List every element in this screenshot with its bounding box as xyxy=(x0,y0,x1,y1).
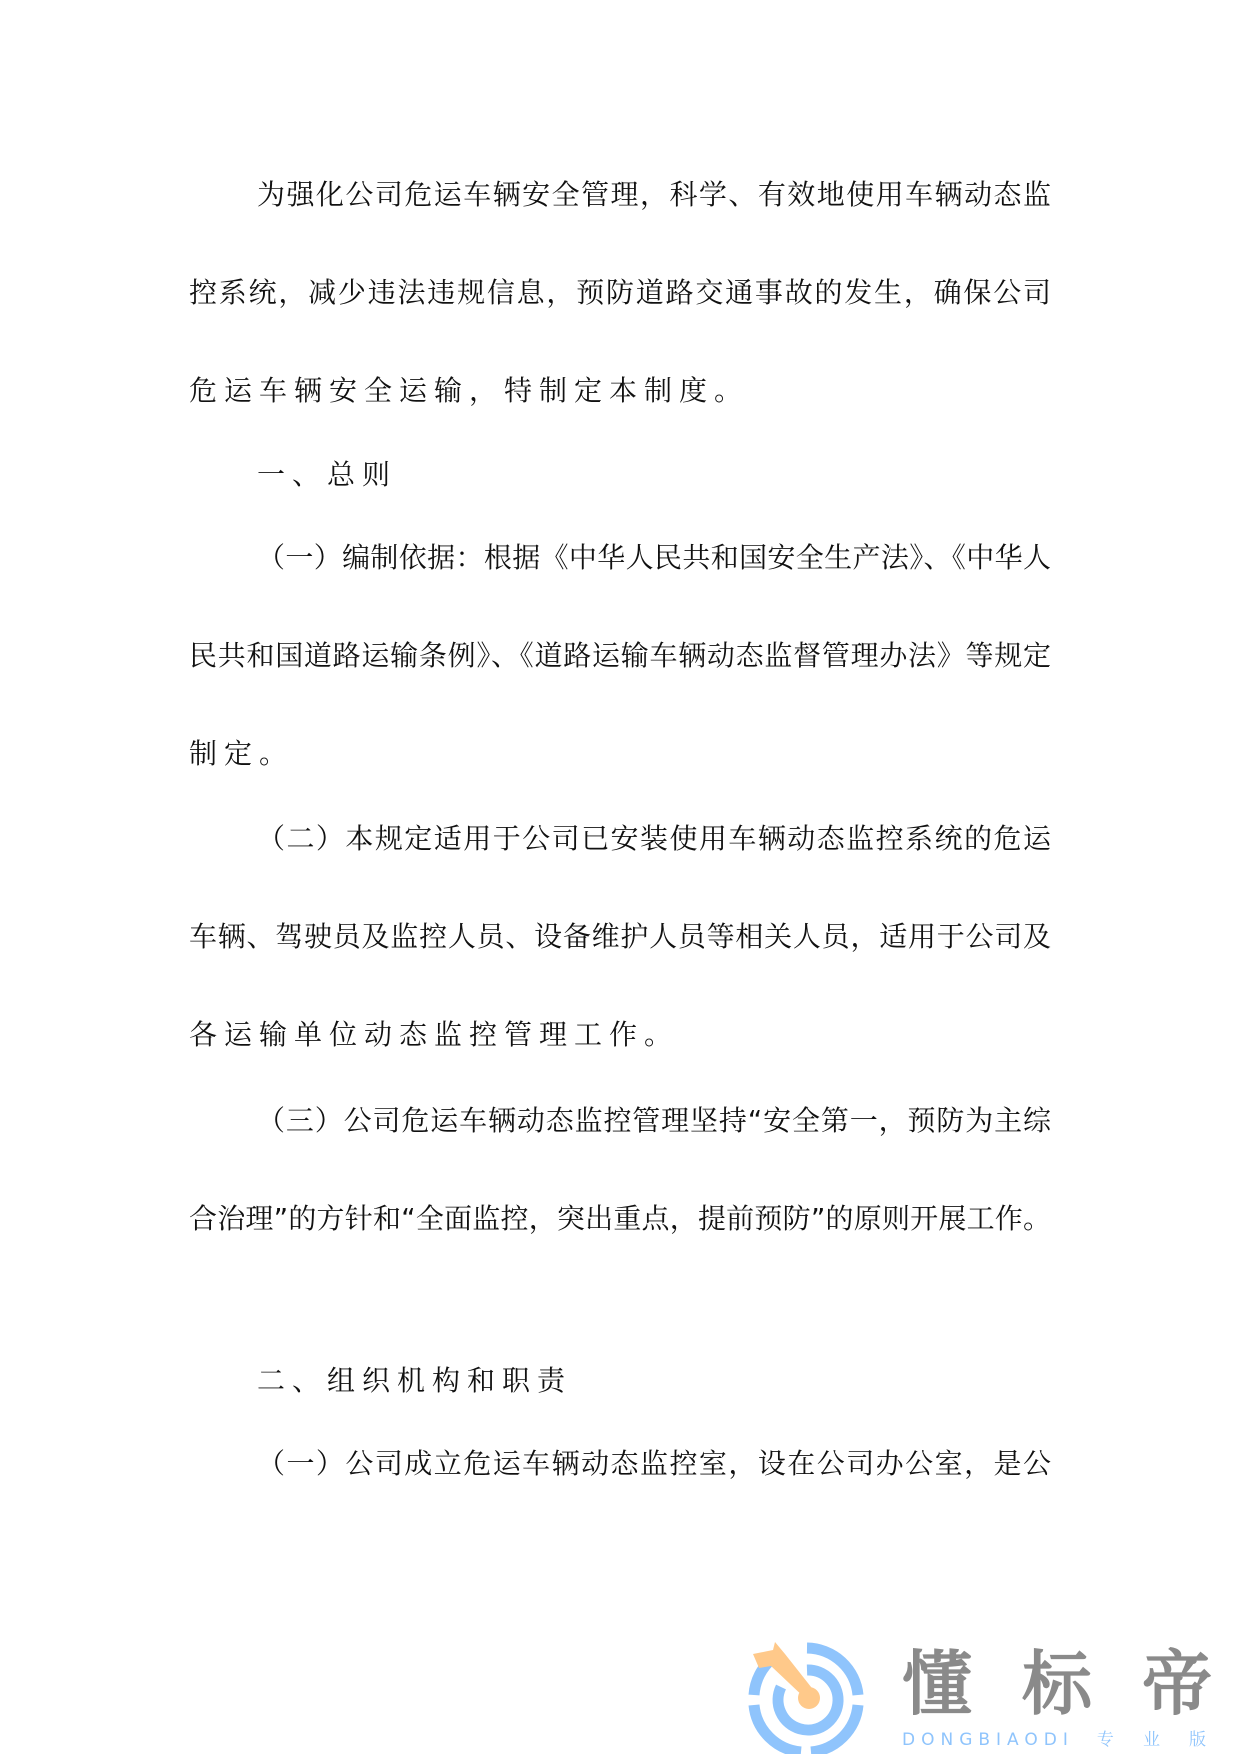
document-page: 为强化公司危运车辆安全管理，科学、有效地使用车辆动态监 控系统，减少违法违规信息… xyxy=(0,0,1241,1754)
clause-1-3-line-1: （三）公司危运车辆动态监控管理坚持“安全第一，预防为主综 xyxy=(257,1106,1051,1136)
clause-1-3-line-2: 合治理”的方针和“全面监控，突出重点，提前预防”的原则开展工作。 xyxy=(189,1204,1051,1234)
paragraph-intro-line-1: 为强化公司危运车辆安全管理，科学、有效地使用车辆动态监 xyxy=(257,180,1051,210)
clause-1-2-line-2: 车辆、驾驶员及监控人员、设备维护人员等相关人员，适用于公司及 xyxy=(189,922,1051,952)
clause-1-1-line-3: 制定。 xyxy=(189,739,1051,769)
paragraph-intro-line-3: 危运车辆安全运输，特制定本制度。 xyxy=(189,376,1051,406)
target-arrow-icon xyxy=(745,1640,867,1754)
watermark-logo: 懂标帝 DONGBIAODI专业版 xyxy=(745,1640,1215,1754)
clause-1-2-line-1: （二）本规定适用于公司已安装使用车辆动态监控系统的危运 xyxy=(257,824,1051,854)
section-heading-organization: 二、组织机构和职责 xyxy=(257,1366,1051,1396)
clause-2-1-line-1: （一）公司成立危运车辆动态监控室，设在公司办公室，是公 xyxy=(257,1449,1051,1479)
clause-1-1-line-2: 民共和国道路运输条例》、《道路运输车辆动态监督管理办法》等规定 xyxy=(189,641,1051,671)
clause-1-1-line-1: （一）编制依据：根据《中华人民共和国安全生产法》、《中华人 xyxy=(257,543,1051,573)
clause-1-2-line-3: 各运输单位动态监控管理工作。 xyxy=(189,1020,1051,1050)
watermark-brand-text: 懂标帝 xyxy=(902,1648,1212,1720)
watermark-subtitle: DONGBIAODI专业版 xyxy=(902,1730,1212,1750)
section-heading-general: 一、总则 xyxy=(257,460,1051,490)
paragraph-intro-line-2: 控系统，减少违法违规信息，预防道路交通事故的发生，确保公司 xyxy=(189,278,1051,308)
